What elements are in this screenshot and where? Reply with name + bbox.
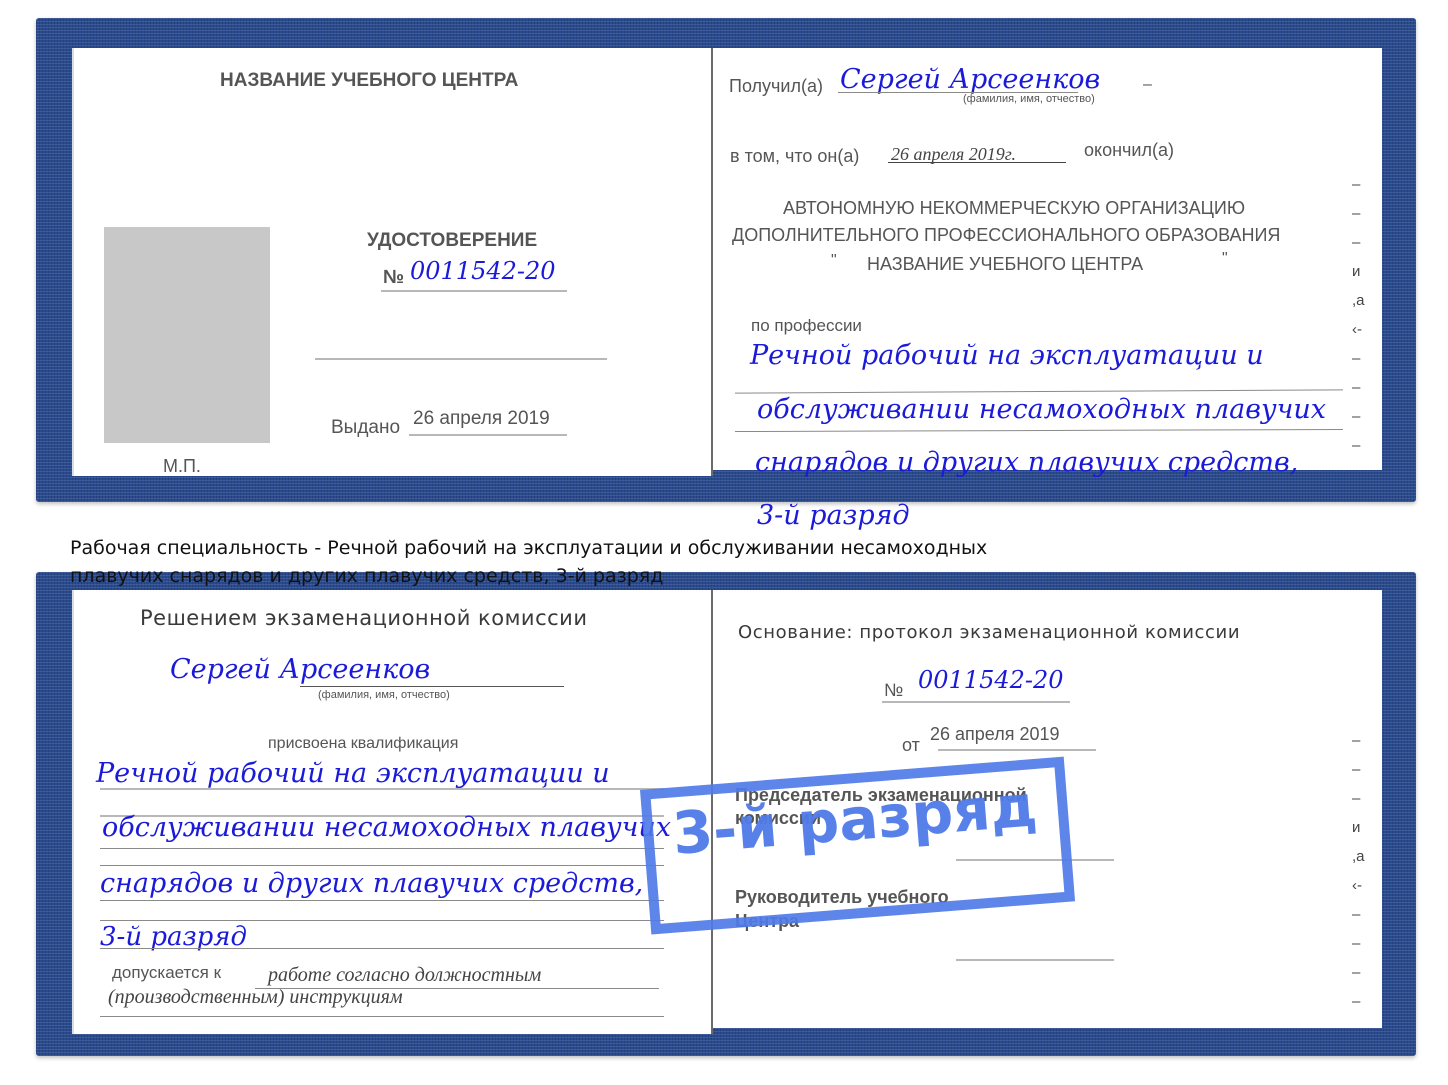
- top-spine: [711, 48, 713, 476]
- decision-title: Решением экзаменационной комиссии: [140, 606, 587, 630]
- profession-line-1: Речной рабочий на эксплуатации и: [750, 340, 1264, 371]
- issued-underline: [409, 434, 567, 436]
- recipient-dash: –: [1143, 76, 1152, 94]
- edge-mark: –: [1352, 437, 1360, 454]
- edge-mark: –: [1352, 732, 1360, 749]
- edge-mark: –: [1352, 993, 1360, 1010]
- org-open-quote: ": [831, 252, 837, 270]
- certificate-number: 0011542-20: [410, 257, 556, 285]
- qualification-rule-3: [100, 848, 664, 849]
- qualification-rule-1: [100, 788, 664, 790]
- edge-mark: ,а: [1352, 848, 1365, 865]
- qualification-line-3: снарядов и других плавучих средств,: [100, 868, 643, 899]
- edge-mark: ‹-: [1352, 321, 1362, 338]
- basis-title: Основание: протокол экзаменационной коми…: [738, 622, 1240, 643]
- qualification-line-1: Речной рабочий на эксплуатации и: [96, 758, 610, 789]
- edge-mark: –: [1352, 234, 1360, 251]
- recipient-name: Сергей Арсеенков: [840, 64, 1100, 95]
- received-label: Получил(а): [729, 76, 823, 97]
- completion-date-underline: [888, 162, 1066, 163]
- edge-mark: –: [1352, 964, 1360, 981]
- org-line-3: НАЗВАНИЕ УЧЕБНОГО ЦЕНТРА: [867, 254, 1143, 275]
- qualification-line-2: обслуживании несамоходных плавучих: [102, 812, 671, 843]
- edge-mark: ,а: [1352, 292, 1365, 309]
- protocol-number-underline: [882, 701, 1070, 703]
- edge-mark: и: [1352, 819, 1360, 836]
- edge-mark: и: [1352, 263, 1360, 280]
- signature-line: [315, 358, 607, 360]
- qualification-rule-4: [100, 865, 664, 866]
- edge-mark: –: [1352, 790, 1360, 807]
- profession-label: по профессии: [751, 316, 862, 336]
- qualification-rule-7: [100, 948, 664, 949]
- protocol-date-underline: [938, 749, 1096, 751]
- org-close-quote: ": [1222, 250, 1228, 268]
- admitted-line-1: работе согласно должностным: [268, 964, 541, 987]
- qualification-rule-5: [100, 900, 664, 901]
- number-sign: №: [383, 267, 404, 289]
- completed-label: окончил(а): [1084, 140, 1174, 161]
- profession-line-2: обслуживании несамоходных плавучих: [757, 394, 1326, 425]
- number-underline: [381, 290, 567, 292]
- org-line-2: ДОПОЛНИТЕЛЬНОГО ПРОФЕССИОНАЛЬНОГО ОБРАЗО…: [732, 225, 1280, 246]
- admitted-line-2: (производственным) инструкциям: [108, 986, 403, 1009]
- protocol-date: 26 апреля 2019: [930, 724, 1060, 745]
- edge-mark: –: [1352, 408, 1360, 425]
- protocol-date-label: от: [902, 735, 920, 756]
- edge-mark: –: [1352, 761, 1360, 778]
- org-line-1: АВТОНОМНУЮ НЕКОММЕРЧЕСКУЮ ОРГАНИЗАЦИЮ: [783, 198, 1245, 219]
- person-name: Сергей Арсеенков: [170, 654, 430, 685]
- edge-mark: –: [1352, 379, 1360, 396]
- protocol-number-sign: №: [884, 680, 903, 701]
- center-name-heading: НАЗВАНИЕ УЧЕБНОГО ЦЕНТРА: [220, 70, 518, 92]
- head-signature-line: [956, 959, 1114, 961]
- qualification-label: присвоена квалификация: [268, 735, 458, 753]
- person-name-hint: (фамилия, имя, отчество): [318, 689, 450, 701]
- edge-mark: –: [1352, 935, 1360, 952]
- photo-placeholder: [104, 227, 270, 443]
- qualification-rule-6: [100, 920, 664, 921]
- edge-mark: –: [1352, 906, 1360, 923]
- admitted-rule-2: [100, 1016, 664, 1017]
- edge-mark: –: [1352, 176, 1360, 193]
- protocol-number: 0011542-20: [918, 666, 1064, 694]
- edge-mark: –: [1352, 205, 1360, 222]
- edge-mark: –: [1352, 350, 1360, 367]
- issued-label: Выдано: [331, 417, 400, 439]
- profession-line-3: снарядов и других плавучих средств,: [755, 447, 1298, 478]
- profession-line-4: 3-й разряд: [757, 500, 910, 531]
- recipient-name-hint: (фамилия, имя, отчество): [963, 93, 1095, 105]
- document-title: УДОСТОВЕРЕНИЕ: [367, 230, 537, 252]
- admitted-label: допускается к: [112, 963, 221, 983]
- person-name-underline: [300, 686, 564, 687]
- edge-mark: ‹-: [1352, 877, 1362, 894]
- stamp-place-label: М.П.: [163, 456, 201, 477]
- that-label: в том, что он(а): [730, 146, 859, 167]
- issued-date: 26 апреля 2019: [413, 408, 550, 430]
